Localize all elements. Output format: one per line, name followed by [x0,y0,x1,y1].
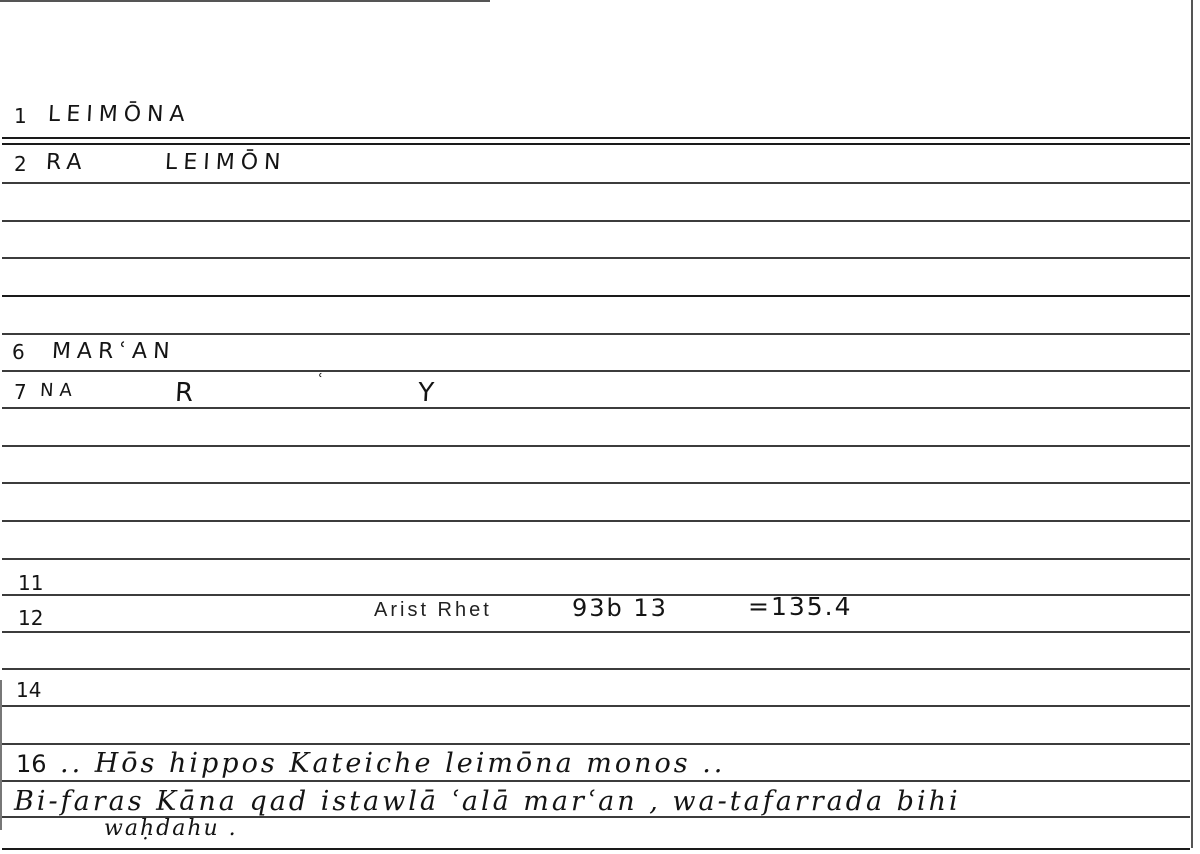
line-2-lemma: LEIMŌN [164,152,287,174]
ruled-line [2,705,1190,707]
ruled-line [2,143,1190,145]
ruled-line [2,668,1190,670]
arabic-headword: MARʿAN [51,341,176,363]
ruled-line [2,520,1190,522]
ruled-line [2,631,1190,633]
ruled-line [2,220,1190,222]
source-locus: 93b 13 [572,596,668,620]
line-number-12: 12 [18,608,43,628]
ruled-line [2,848,1190,850]
edition-equivalence: =135.4 [748,594,853,619]
line-number-16: 16 [16,752,47,776]
line-number-1: 1 [14,106,27,126]
ruled-line [2,558,1190,560]
line-number-14: 14 [16,680,41,700]
source-reference: Arist Rhet [374,600,492,620]
line-number-11: 11 [18,573,43,593]
ruled-line [2,780,1190,782]
greek-context: .. Hōs hippos Kateiche leimōna monos .. [60,750,725,777]
root-letter-1: R [174,380,199,406]
arabic-context-continued: waḥdahu . [104,818,238,840]
root-letter-3: Y [417,380,440,406]
ruled-line [2,137,1190,139]
card-right-edge [1191,0,1193,848]
card-left-edge [0,680,2,830]
line-2-prefix: RA [45,152,88,174]
ruled-line [2,257,1190,259]
headword: LEIMŌNA [47,104,191,126]
ruled-line [2,182,1190,184]
line-number-7: 7 [14,382,27,402]
arabic-context: Bi-faras Kāna qad istawlā ʿalā marʿan , … [14,788,961,815]
ruled-line [2,482,1190,484]
card-top-edge [0,0,490,2]
line-number-2: 2 [14,154,27,174]
line-number-6: 6 [12,342,25,362]
line-7-prefix: NA [40,382,79,400]
index-card: 1 LEIMŌNA 2 RA LEIMŌN 6 MARʿAN 7 NA R ʿ … [0,0,1200,854]
root-letter-2: ʿ [318,372,330,388]
ruled-line [2,743,1190,745]
ruled-line [2,445,1190,447]
ruled-line [2,370,1190,372]
ruled-line [2,295,1190,297]
ruled-line [2,333,1190,335]
